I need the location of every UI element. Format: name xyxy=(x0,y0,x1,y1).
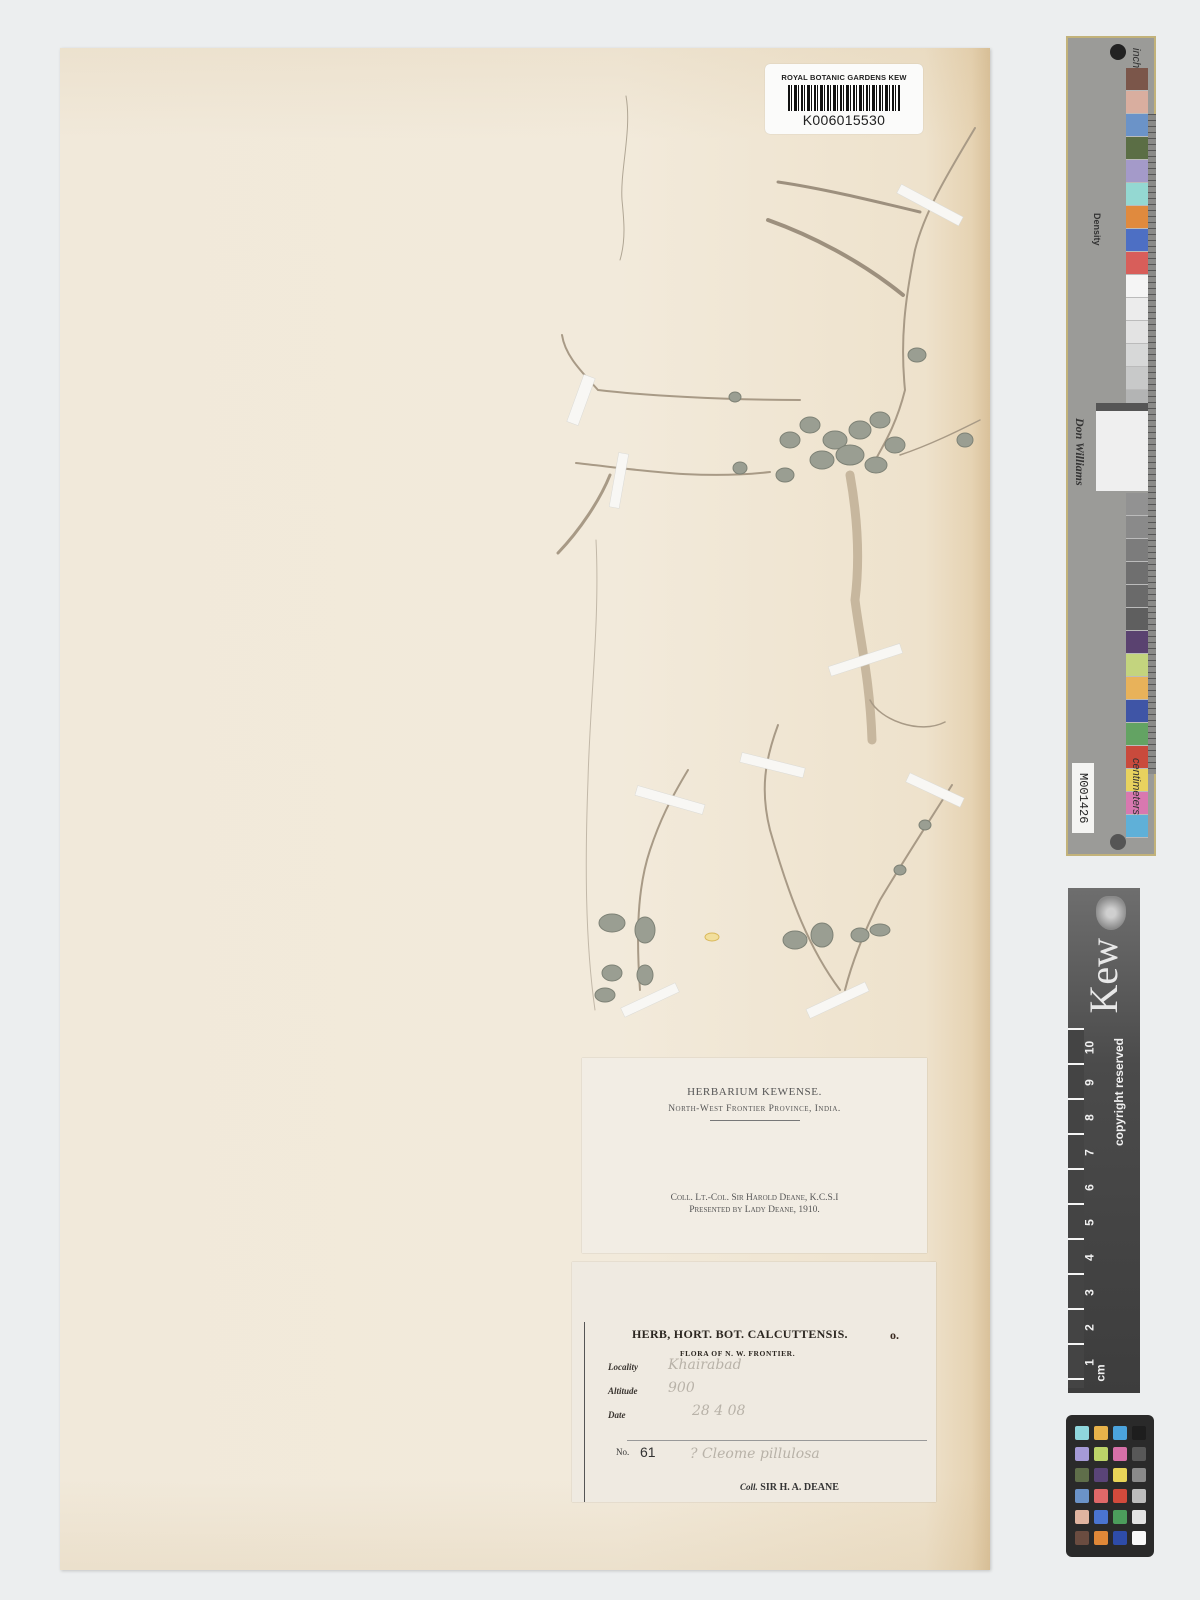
color-patch xyxy=(1113,1510,1127,1524)
color-patch xyxy=(1132,1489,1146,1503)
color-patch xyxy=(1126,114,1148,137)
collector-prefix: Coll. xyxy=(740,1482,758,1492)
kew-scale-bar: Kew 10987654321 copyright reserved cm xyxy=(1068,888,1140,1393)
plant-specimen xyxy=(0,0,1000,1050)
color-patches-top xyxy=(1126,68,1148,413)
color-patch xyxy=(1126,631,1148,654)
color-patch xyxy=(1075,1468,1089,1482)
institution-name: ROYAL BOTANIC GARDENS KEW xyxy=(765,73,923,82)
color-patch xyxy=(1126,275,1148,298)
cm-number: 6 xyxy=(1083,1178,1118,1198)
label-presented: Presented by Lady Deane, 1910. xyxy=(582,1205,927,1215)
color-patch xyxy=(1113,1447,1127,1461)
punch-hole-icon xyxy=(1110,834,1126,850)
divider xyxy=(710,1120,800,1121)
locality-value: Khairabad xyxy=(668,1357,742,1373)
color-patch xyxy=(1126,229,1148,252)
kew-logo: Kew xyxy=(1080,938,1127,1014)
color-patch xyxy=(1113,1468,1127,1482)
herbarium-kewense-label: HERBARIUM KEWENSE. North-West Frontier P… xyxy=(582,1058,927,1253)
altitude-value: 900 xyxy=(668,1380,695,1396)
color-patch xyxy=(1113,1426,1127,1440)
barcode-number: K006015530 xyxy=(765,112,923,128)
color-patch xyxy=(1126,700,1148,723)
color-patch xyxy=(1126,344,1148,367)
color-patch xyxy=(1126,608,1148,631)
color-patch xyxy=(1075,1489,1089,1503)
stamp-mark: o. xyxy=(890,1328,899,1343)
color-patch xyxy=(1075,1531,1089,1545)
color-patch xyxy=(1132,1510,1146,1524)
color-patch xyxy=(1132,1468,1146,1482)
color-patch xyxy=(1113,1531,1127,1545)
color-patch xyxy=(1132,1426,1146,1440)
color-patch xyxy=(1126,654,1148,677)
specimen-number: 61 xyxy=(640,1444,656,1460)
color-patch xyxy=(1075,1510,1089,1524)
color-patch xyxy=(1126,723,1148,746)
color-checker-card xyxy=(1066,1415,1154,1557)
color-patch xyxy=(1126,68,1148,91)
color-patch xyxy=(1075,1426,1089,1440)
brand-label: Don Williams xyxy=(1072,418,1087,486)
color-patch xyxy=(1126,367,1148,390)
color-patch xyxy=(1126,160,1148,183)
barcode-label: ROYAL BOTANIC GARDENS KEW K006015530 xyxy=(765,64,923,134)
punch-hole-icon xyxy=(1110,44,1126,60)
cm-numbers: 10987654321 xyxy=(1090,1030,1110,1380)
color-patch xyxy=(1126,206,1148,229)
barcode xyxy=(788,85,900,111)
cm-number: 2 xyxy=(1083,1318,1118,1338)
label-region: North-West Frontier Province, India. xyxy=(582,1104,927,1114)
label-title: HERBARIUM KEWENSE. xyxy=(582,1086,927,1098)
cm-unit-label: cm xyxy=(1094,1364,1108,1381)
divider xyxy=(584,1322,585,1502)
color-patch xyxy=(1126,815,1148,838)
copyright-label: copyright reserved xyxy=(1112,1038,1126,1146)
color-patch xyxy=(1126,252,1148,275)
color-patch xyxy=(1094,1468,1108,1482)
color-patch xyxy=(1126,516,1148,539)
label-title: HERB, HORT. BOT. CALCUTTENSIS. xyxy=(632,1327,848,1342)
color-patch xyxy=(1126,298,1148,321)
cm-number: 5 xyxy=(1083,1213,1118,1233)
locality-label: Locality xyxy=(608,1362,638,1372)
color-patch xyxy=(1126,562,1148,585)
color-patch xyxy=(1075,1447,1089,1461)
cm-number: 4 xyxy=(1083,1248,1118,1268)
altitude-label: Altitude xyxy=(608,1386,638,1396)
bar-id: M001426 xyxy=(1072,763,1094,833)
cm-number: 3 xyxy=(1083,1283,1118,1303)
determination: ? Cleome pillulosa xyxy=(690,1446,820,1462)
number-label: No. xyxy=(616,1447,629,1457)
date-label: Date xyxy=(608,1410,626,1420)
color-patch xyxy=(1126,677,1148,700)
color-patch xyxy=(1094,1426,1108,1440)
color-patch xyxy=(1126,137,1148,160)
color-patch xyxy=(1126,585,1148,608)
color-patch xyxy=(1094,1531,1108,1545)
color-patch xyxy=(1126,493,1148,516)
color-calibration-bar: inches Density Don Williams M001426 cent… xyxy=(1066,36,1156,856)
color-patch xyxy=(1132,1531,1146,1545)
density-label: Density xyxy=(1092,213,1102,246)
color-patch xyxy=(1126,183,1148,206)
collector-name: SIR H. A. DEANE xyxy=(760,1482,839,1493)
color-patch xyxy=(1126,91,1148,114)
kew-crest-icon xyxy=(1096,896,1126,930)
color-patch xyxy=(1094,1510,1108,1524)
calcutta-herbarium-label: HERB, HORT. BOT. CALCUTTENSIS. o. FLORA … xyxy=(572,1262,936,1502)
color-patch xyxy=(1094,1447,1108,1461)
centimeters-label: centimeters xyxy=(1130,758,1142,815)
resolution-target xyxy=(1096,403,1148,491)
color-patch xyxy=(1094,1489,1108,1503)
date-value: 28 4 08 xyxy=(692,1403,745,1419)
label-collector: Coll. Lt.-Col. Sir Harold Deane, K.C.S.I xyxy=(582,1193,927,1203)
color-patch xyxy=(1126,321,1148,344)
collector-line: Coll. SIR H. A. DEANE xyxy=(740,1482,839,1493)
ruler-scale xyxy=(1148,114,1156,774)
color-patch xyxy=(1113,1489,1127,1503)
color-patch xyxy=(1126,539,1148,562)
color-patch xyxy=(1132,1447,1146,1461)
divider xyxy=(627,1440,927,1441)
